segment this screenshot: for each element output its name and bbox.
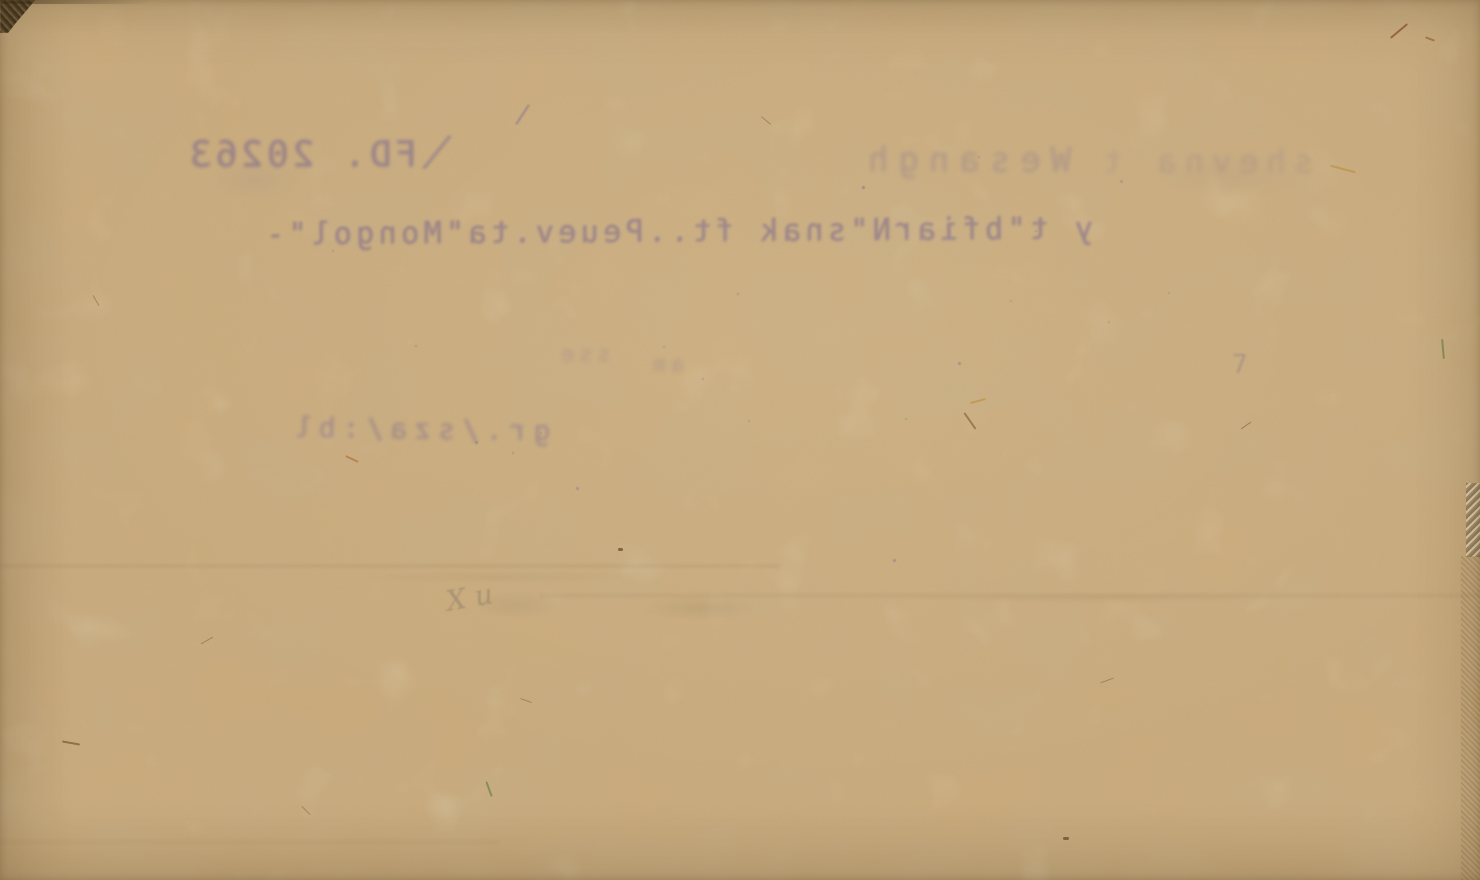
scanned-card-verso: FD. 20263Wesanghshevna ty t"bfiarN"snak … — [0, 0, 1480, 880]
right-edge-cloth-strip — [1461, 556, 1480, 880]
top-edge-shadow — [0, 0, 150, 4]
paper-texture — [0, 0, 1480, 880]
right-edge-notch-hatch — [1466, 483, 1480, 557]
